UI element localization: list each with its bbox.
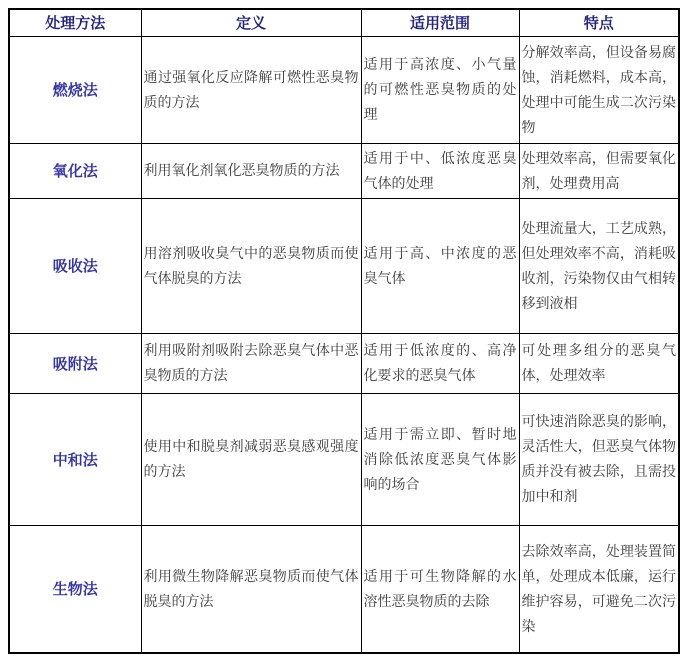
method-cell: 氧化法 <box>9 143 141 198</box>
odor-treatment-methods-table: 处理方法 定义 适用范围 特点 燃烧法 通过强氧化反应降解可燃性恶臭物质的方法 … <box>8 8 680 654</box>
method-cell: 吸收法 <box>9 198 141 333</box>
definition-cell: 利用吸附剂吸附去除恶臭气体中恶臭物质的方法 <box>141 333 361 393</box>
method-cell: 中和法 <box>9 393 141 525</box>
col-header-scope: 适用范围 <box>361 9 519 36</box>
definition-cell: 通过强氧化反应降解可燃性恶臭物质的方法 <box>141 36 361 143</box>
features-cell: 可处理多组分的恶臭气体，处理效率 <box>519 333 679 393</box>
col-header-method: 处理方法 <box>9 9 141 36</box>
method-cell: 吸附法 <box>9 333 141 393</box>
table-row: 氧化法 利用氧化剂氧化恶臭物质的方法 适用于中、低浓度恶臭气体的处理 处理效率高… <box>9 143 679 198</box>
scope-cell: 适用于需立即、暂时地消除低浓度恶臭气体影响的场合 <box>361 393 519 525</box>
definition-cell: 用溶剂吸收臭气中的恶臭物质而使气体脱臭的方法 <box>141 198 361 333</box>
definition-cell: 利用氧化剂氧化恶臭物质的方法 <box>141 143 361 198</box>
page: 处理方法 定义 适用范围 特点 燃烧法 通过强氧化反应降解可燃性恶臭物质的方法 … <box>0 0 686 654</box>
features-cell: 分解效率高，但设备易腐蚀，消耗燃料，成本高，处理中可能生成二次污染物 <box>519 36 679 143</box>
table-row: 吸附法 利用吸附剂吸附去除恶臭气体中恶臭物质的方法 适用于低浓度的、高净化要求的… <box>9 333 679 393</box>
definition-cell: 使用中和脱臭剂减弱恶臭感观强度的方法 <box>141 393 361 525</box>
scope-cell: 适用于可生物降解的水溶性恶臭物质的去除 <box>361 525 519 653</box>
scope-cell: 适用于高浓度、小气量的可燃性恶臭物质的处理 <box>361 36 519 143</box>
header-row: 处理方法 定义 适用范围 特点 <box>9 9 679 36</box>
table-row: 吸收法 用溶剂吸收臭气中的恶臭物质而使气体脱臭的方法 适用于高、中浓度的恶臭气体… <box>9 198 679 333</box>
features-cell: 处理流量大，工艺成熟，但处理效率不高，消耗吸收剂，污染物仅由气相转移到液相 <box>519 198 679 333</box>
table-row: 燃烧法 通过强氧化反应降解可燃性恶臭物质的方法 适用于高浓度、小气量的可燃性恶臭… <box>9 36 679 143</box>
col-header-definition: 定义 <box>141 9 361 36</box>
method-cell: 燃烧法 <box>9 36 141 143</box>
features-cell: 可快速消除恶臭的影响，灵活性大，但恶臭气体物质并没有被去除，且需投加中和剂 <box>519 393 679 525</box>
features-cell: 去除效率高，处理装置简单，处理成本低廉，运行维护容易，可避免二次污染 <box>519 525 679 653</box>
col-header-features: 特点 <box>519 9 679 36</box>
definition-cell: 利用微生物降解恶臭物质而使气体脱臭的方法 <box>141 525 361 653</box>
features-cell: 处理效率高，但需要氧化剂，处理费用高 <box>519 143 679 198</box>
table-row: 生物法 利用微生物降解恶臭物质而使气体脱臭的方法 适用于可生物降解的水溶性恶臭物… <box>9 525 679 653</box>
scope-cell: 适用于高、中浓度的恶臭气体 <box>361 198 519 333</box>
scope-cell: 适用于中、低浓度恶臭气体的处理 <box>361 143 519 198</box>
method-cell: 生物法 <box>9 525 141 653</box>
scope-cell: 适用于低浓度的、高净化要求的恶臭气体 <box>361 333 519 393</box>
table-row: 中和法 使用中和脱臭剂减弱恶臭感观强度的方法 适用于需立即、暂时地消除低浓度恶臭… <box>9 393 679 525</box>
